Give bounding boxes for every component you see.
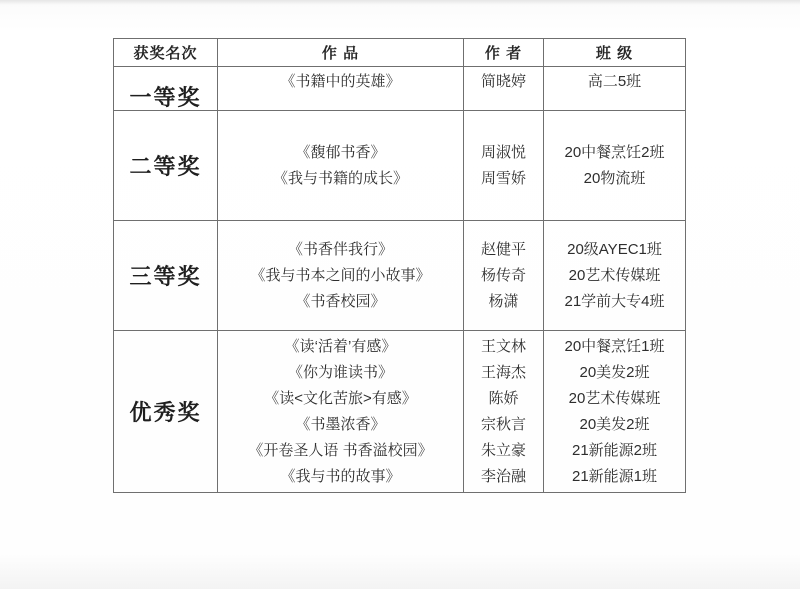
award-name: 二等奖 (114, 111, 218, 221)
table-header-row: 获奖名次 作 品 作 者 班 级 (114, 39, 686, 67)
classes-list: 高二5班 (544, 67, 686, 111)
classes-list: 20级AYEC1班 20艺术传媒班 21学前大专4班 (544, 221, 686, 331)
table-row-first-prize: 一等奖 《书籍中的英雄》 简晓婷 高二5班 (114, 67, 686, 111)
header-author: 作 者 (464, 39, 544, 67)
works-list: 《书籍中的英雄》 (218, 67, 464, 111)
award-name: 三等奖 (114, 221, 218, 331)
authors-list: 赵健平 杨传奇 杨潇 (464, 221, 544, 331)
classes-list: 20中餐烹饪1班 20美发2班 20艺术传媒班 20美发2班 21新能源2班 2… (544, 331, 686, 493)
document-page: 获奖名次 作 品 作 者 班 级 一等奖 《书籍中的英雄》 简晓婷 高二5班 二… (0, 0, 800, 589)
awards-table: 获奖名次 作 品 作 者 班 级 一等奖 《书籍中的英雄》 简晓婷 高二5班 二… (113, 38, 686, 493)
header-award-rank: 获奖名次 (114, 39, 218, 67)
works-list: 《馥郁书香》 《我与书籍的成长》 (218, 111, 464, 221)
header-work: 作 品 (218, 39, 464, 67)
works-list: 《读‘活着’有感》 《你为谁读书》 《读<文化苦旅>有感》 《书墨浓香》 《开卷… (218, 331, 464, 493)
table-row-second-prize: 二等奖 《馥郁书香》 《我与书籍的成长》 周淑悦 周雪娇 20中餐烹饪2班 20… (114, 111, 686, 221)
award-name: 一等奖 (114, 67, 218, 111)
authors-list: 周淑悦 周雪娇 (464, 111, 544, 221)
classes-list: 20中餐烹饪2班 20物流班 (544, 111, 686, 221)
authors-list: 王文林 王海杰 陈娇 宗秋言 朱立豪 李治融 (464, 331, 544, 493)
table-row-excellence-prize: 优秀奖 《读‘活着’有感》 《你为谁读书》 《读<文化苦旅>有感》 《书墨浓香》… (114, 331, 686, 493)
header-class: 班 级 (544, 39, 686, 67)
authors-list: 简晓婷 (464, 67, 544, 111)
works-list: 《书香伴我行》 《我与书本之间的小故事》 《书香校园》 (218, 221, 464, 331)
table-row-third-prize: 三等奖 《书香伴我行》 《我与书本之间的小故事》 《书香校园》 赵健平 杨传奇 … (114, 221, 686, 331)
award-name: 优秀奖 (114, 331, 218, 493)
